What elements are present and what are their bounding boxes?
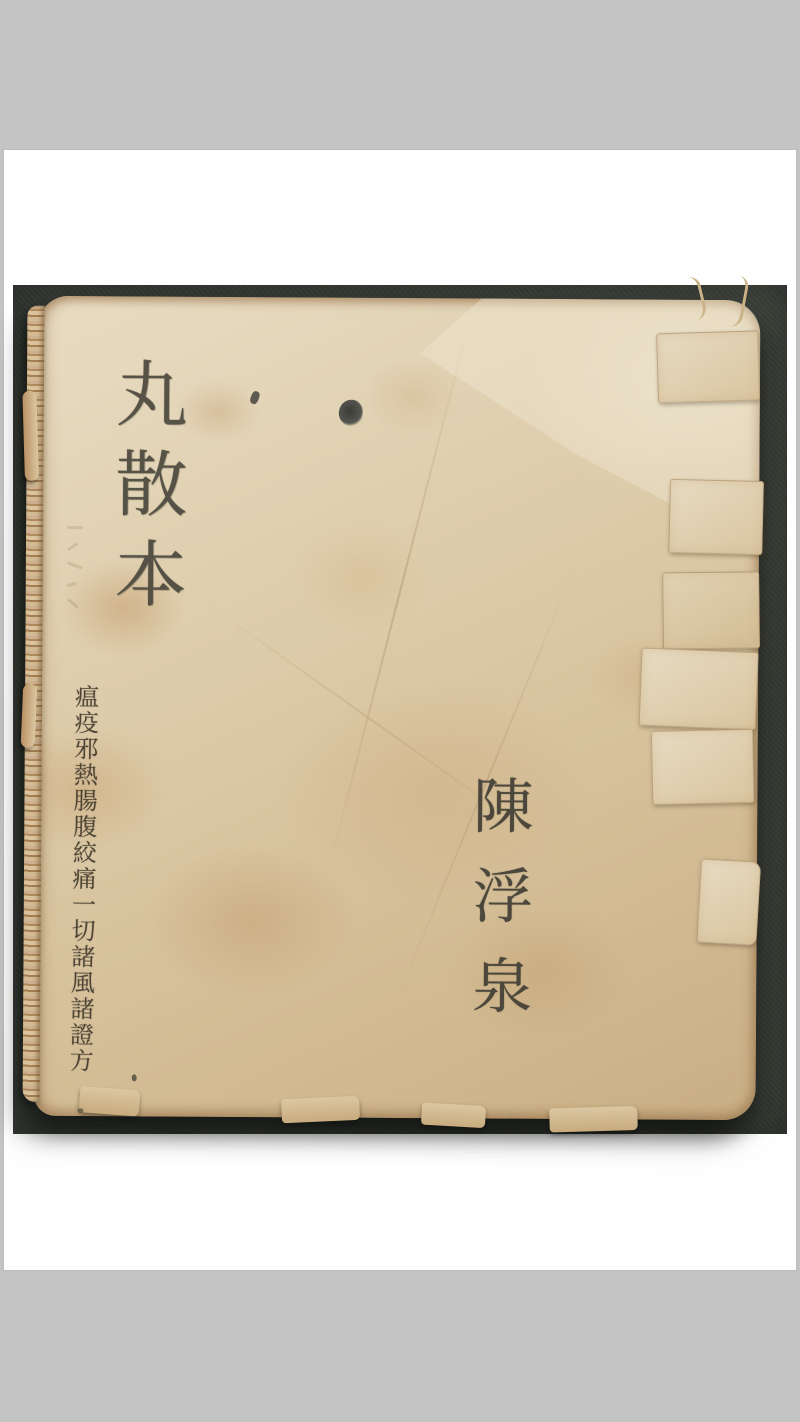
spine-wear-bulge <box>22 391 39 481</box>
cover-annotation: 瘟疫邪熱腸腹絞痛一切諸風諸證方 <box>62 684 103 1074</box>
ink-speck <box>78 1108 84 1113</box>
ink-speck <box>249 390 261 405</box>
ink-blot <box>339 400 363 426</box>
owner-name: 陳浮泉 <box>454 774 542 1045</box>
tape-patch <box>651 729 754 805</box>
viewer-background: 丸散本 瘟疫邪熱腸腹絞痛一切諸風諸證方 陳浮泉 <box>0 0 800 1422</box>
cover-title: 丸散本 <box>92 356 198 627</box>
ink-speck <box>132 1074 137 1081</box>
tape-patch <box>639 647 759 730</box>
tape-patch <box>668 479 764 555</box>
torn-edge-fragment <box>79 1086 141 1116</box>
tape-patch <box>656 330 760 403</box>
document-page: 丸散本 瘟疫邪熱腸腹絞痛一切諸風諸證方 陳浮泉 <box>4 150 796 1270</box>
torn-edge-fragment <box>549 1106 638 1133</box>
spine-wear-bulge <box>21 683 38 748</box>
manuscript-photo-background: 丸散本 瘟疫邪熱腸腹絞痛一切諸風諸證方 陳浮泉 <box>13 285 787 1134</box>
tape-patch <box>696 858 761 945</box>
tape-patch <box>662 571 760 649</box>
torn-edge-fragment <box>421 1103 486 1129</box>
manuscript-cover: 丸散本 瘟疫邪熱腸腹絞痛一切諸風諸證方 陳浮泉 <box>34 296 761 1120</box>
torn-edge-fragment <box>281 1096 360 1124</box>
faded-illegible-strokes <box>66 510 93 690</box>
